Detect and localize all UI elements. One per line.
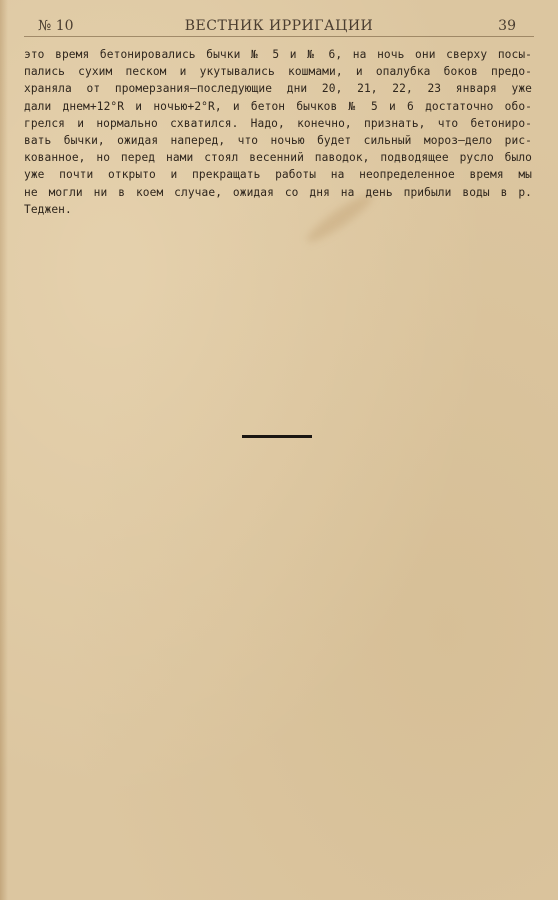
- text-line: не могли ни в коем случае, ожидая со дня…: [24, 184, 532, 201]
- journal-title: ВЕСТНИК ИРРИГАЦИИ: [24, 18, 534, 34]
- text-line: кованное, но перед нами стоял весенний п…: [24, 149, 532, 166]
- section-divider: [242, 435, 312, 438]
- running-header: № 10 ВЕСТНИК ИРРИГАЦИИ 39: [24, 14, 534, 37]
- text-line: это время бетонировались бычки № 5 и № 6…: [24, 46, 532, 63]
- body-paragraph: это время бетонировались бычки № 5 и № 6…: [24, 46, 276, 218]
- text-line: грелся и нормально схватился. Надо, коне…: [24, 115, 532, 132]
- text-line: вать бычки, ожидая наперед, что ночью бу…: [24, 132, 532, 149]
- text-line: дали днем+12°R и ночью+2°R, и бетон бычк…: [24, 98, 532, 115]
- document-page: № 10 ВЕСТНИК ИРРИГАЦИИ 39 это время бето…: [0, 0, 558, 900]
- page-number: 39: [498, 18, 516, 34]
- text-line: пались сухим песком и укутывались кошмам…: [24, 63, 532, 80]
- text-line: храняла от промерзания—последующие дни 2…: [24, 80, 532, 97]
- text-line: уже почти открыто и прекращать работы на…: [24, 166, 532, 183]
- text-line: Теджен.: [24, 201, 532, 218]
